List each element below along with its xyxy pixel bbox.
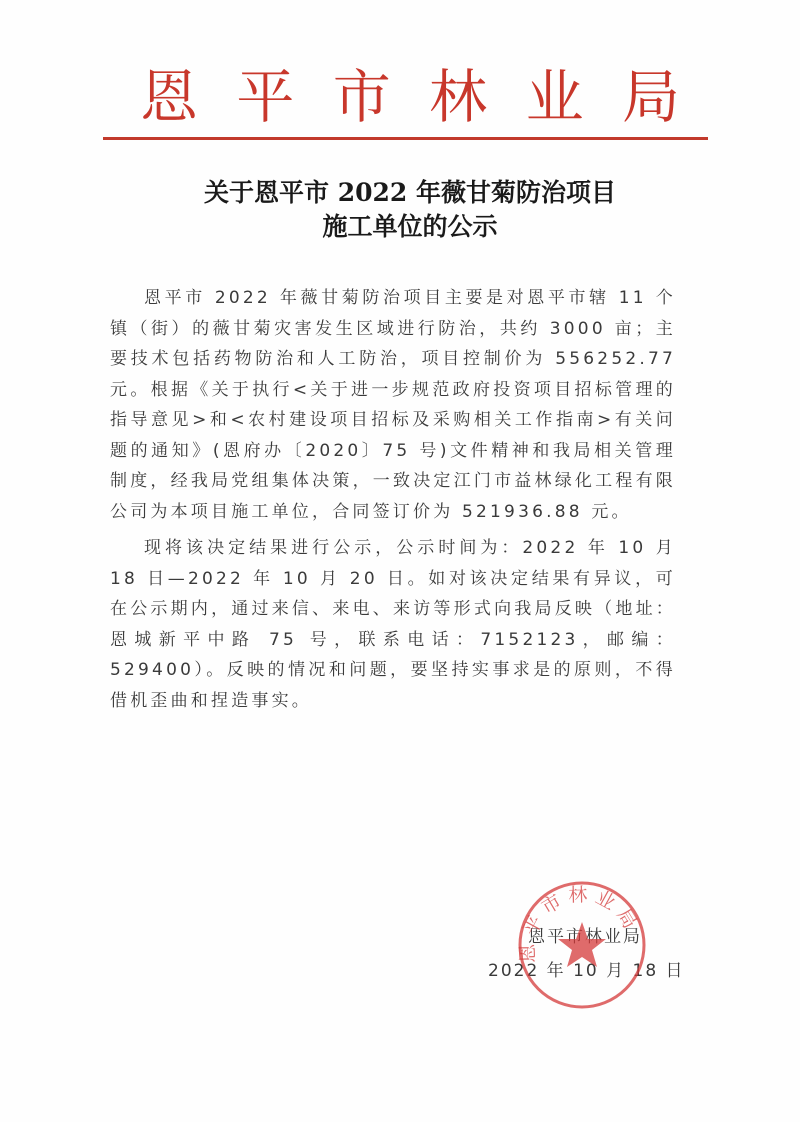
body-paragraph: 现将该决定结果进行公示，公示时间为：2022 年 10 月 18 日—2022 …	[110, 533, 676, 716]
signature-date: 2022 年 10 月 18 日	[470, 954, 690, 988]
letterhead-char: 市	[333, 68, 391, 126]
body-paragraph: 恩平市 2022 年薇甘菊防治项目主要是对恩平市辖 11 个镇（街）的薇甘菊灾害…	[110, 283, 676, 527]
document-body: 恩平市 2022 年薇甘菊防治项目主要是对恩平市辖 11 个镇（街）的薇甘菊灾害…	[110, 283, 676, 716]
document-page: 恩 平 市 林 业 局 关于恩平市 2022 年薇甘菊防治项目 施工单位的公示 …	[0, 0, 800, 1122]
signature-org: 恩平市林业局	[470, 920, 690, 954]
letterhead-char: 业	[526, 68, 584, 126]
letterhead-char: 恩	[140, 68, 198, 126]
document-title-line1: 关于恩平市 2022 年薇甘菊防治项目	[100, 176, 720, 210]
letterhead-char: 平	[236, 68, 294, 126]
letterhead-char: 林	[429, 68, 487, 126]
letterhead-title: 恩 平 市 林 业 局	[100, 52, 720, 142]
document-title-line2: 施工单位的公示	[100, 210, 720, 244]
signature-block: 恩平市林业局 2022 年 10 月 18 日	[470, 920, 690, 988]
letterhead-divider	[103, 137, 708, 140]
letterhead-char: 局	[622, 68, 680, 126]
document-title: 关于恩平市 2022 年薇甘菊防治项目 施工单位的公示	[100, 176, 720, 244]
